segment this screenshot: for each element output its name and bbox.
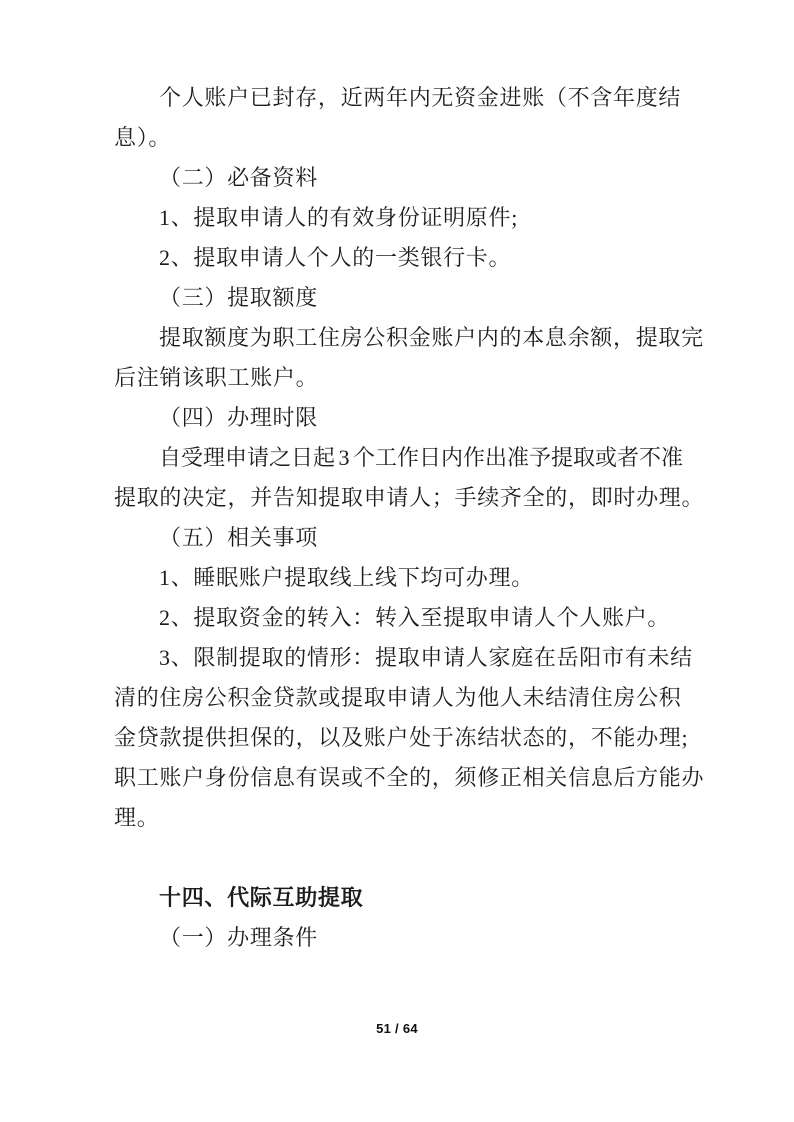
blank-line (114, 838, 681, 878)
document-page: 个人账户已封存，近两年内无资金进账（不含年度结 息）。 （二）必备资料 1、提取… (0, 0, 794, 1122)
text-line: 后注销该职工账户。 (114, 358, 681, 398)
text-line: 提取额度为职工住房公积金账户内的本息余额，提取完 (114, 318, 681, 358)
subsection-title: （三）提取额度 (114, 278, 681, 318)
text-line: 提取的决定，并告知提取申请人；手续齐全的，即时办理。 (114, 478, 681, 518)
text-line: 职工账户身份信息有误或不全的，须修正相关信息后方能办 (114, 758, 681, 798)
page-footer: 51 / 64 (0, 1020, 794, 1038)
section-heading: 十四、代际互助提取 (114, 878, 681, 918)
list-item: 2、提取申请人个人的一类银行卡。 (114, 238, 681, 278)
subsection-title: （五）相关事项 (114, 518, 681, 558)
list-item: 1、睡眠账户提取线上线下均可办理。 (114, 558, 681, 598)
subsection-title: （二）必备资料 (114, 158, 681, 198)
text-line: 自受理申请之日起 3 个工作日内作出准予提取或者不准 (114, 438, 681, 478)
subsection-title: （四）办理时限 (114, 398, 681, 438)
list-item: 2、提取资金的转入：转入至提取申请人个人账户。 (114, 598, 681, 638)
page-number: 51 / 64 (376, 1021, 418, 1036)
list-item: 1、提取申请人的有效身份证明原件; (114, 198, 681, 238)
text-line: 理。 (114, 798, 681, 838)
subsection-title: （一）办理条件 (114, 918, 681, 958)
list-item: 3、限制提取的情形：提取申请人家庭在岳阳市有未结 (114, 638, 681, 678)
text-line: 息）。 (114, 118, 681, 158)
document-body: 个人账户已封存，近两年内无资金进账（不含年度结 息）。 （二）必备资料 1、提取… (114, 78, 681, 958)
text-line: 清的住房公积金贷款或提取申请人为他人未结清住房公积 (114, 678, 681, 718)
text-line: 金贷款提供担保的，以及账户处于冻结状态的，不能办理; (114, 718, 681, 758)
text-line: 个人账户已封存，近两年内无资金进账（不含年度结 (114, 78, 681, 118)
